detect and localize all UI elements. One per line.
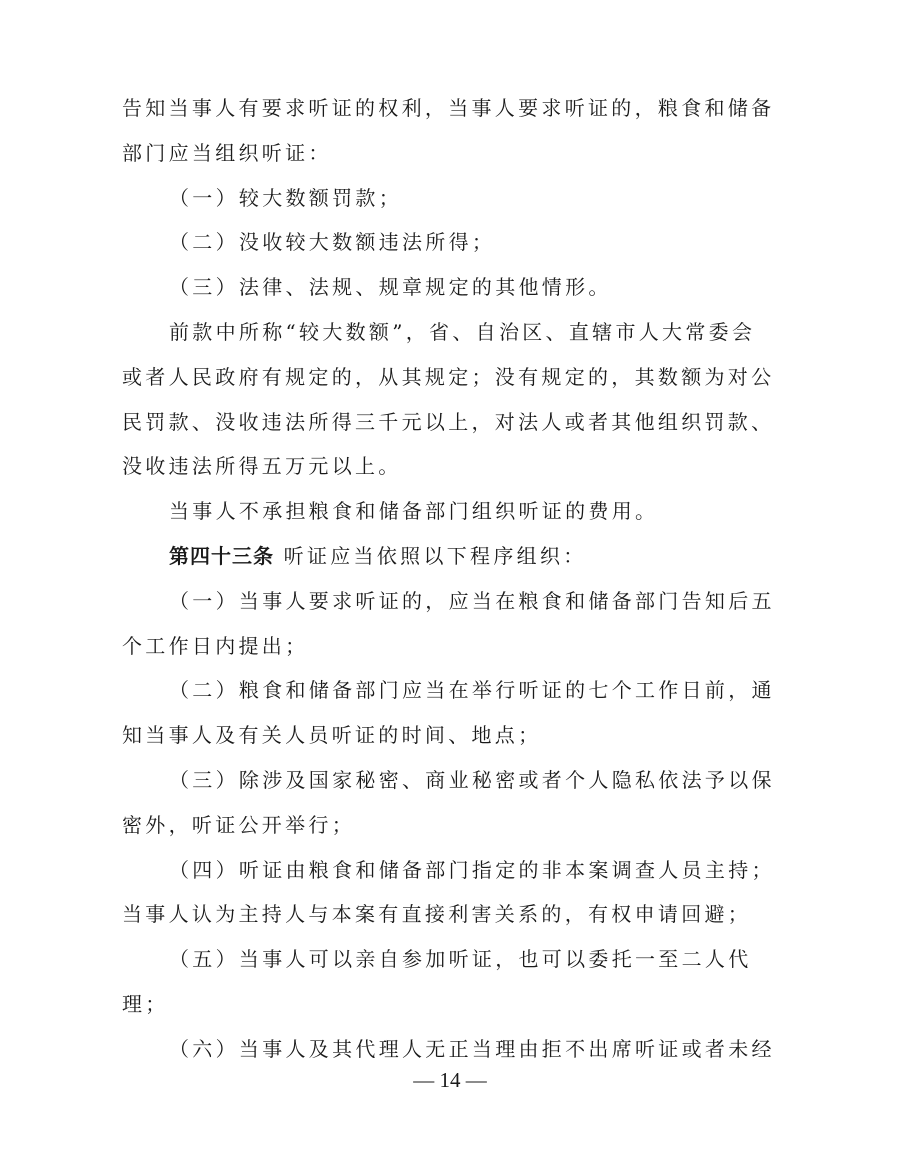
article-text: 听证应当依照以下程序组织：: [274, 544, 587, 568]
text-line: 或者人民政府有规定的，从其规定；没有规定的，其数额为对公: [122, 355, 782, 400]
text-line: 民罚款、没收违法所得三千元以上，对法人或者其他组织罚款、: [122, 400, 782, 445]
list-item: （六）当事人及其代理人无正当理由拒不出席听证或者未经: [122, 1027, 782, 1072]
document-page: 告知当事人有要求听证的权利，当事人要求听证的，粮食和储备 部门应当组织听证： （…: [122, 86, 782, 1072]
list-item: （五）当事人可以亲自参加听证，也可以委托一至二人代: [122, 937, 782, 982]
text-line: 部门应当组织听证：: [122, 131, 782, 176]
text-line: 没收违法所得五万元以上。: [122, 444, 782, 489]
list-item: （二）粮食和储备部门应当在举行听证的七个工作日前，通: [122, 668, 782, 713]
text-line: 密外，听证公开举行；: [122, 803, 782, 848]
list-item: （三）法律、法规、规章规定的其他情形。: [122, 265, 782, 310]
list-item: （一）较大数额罚款；: [122, 176, 782, 221]
text-line: 知当事人及有关人员听证的时间、地点；: [122, 713, 782, 758]
paragraph-start: 当事人不承担粮食和储备部门组织听证的费用。: [122, 489, 782, 534]
list-item: （四）听证由粮食和储备部门指定的非本案调查人员主持；: [122, 848, 782, 893]
paragraph-start: 前款中所称“较大数额”，省、自治区、直辖市人大常委会: [122, 310, 782, 355]
text-line: 理；: [122, 982, 782, 1027]
list-item: （二）没收较大数额违法所得；: [122, 220, 782, 265]
list-item: （三）除涉及国家秘密、商业秘密或者个人隐私依法予以保: [122, 758, 782, 803]
article-number: 第四十三条: [169, 544, 274, 568]
text-line: 个工作日内提出；: [122, 624, 782, 669]
article-heading-line: 第四十三条 听证应当依照以下程序组织：: [122, 534, 782, 579]
text-line: 告知当事人有要求听证的权利，当事人要求听证的，粮食和储备: [122, 86, 782, 131]
list-item: （一）当事人要求听证的，应当在粮食和储备部门告知后五: [122, 579, 782, 624]
text-line: 当事人认为主持人与本案有直接利害关系的，有权申请回避；: [122, 892, 782, 937]
page-number: — 14 —: [0, 1068, 900, 1093]
